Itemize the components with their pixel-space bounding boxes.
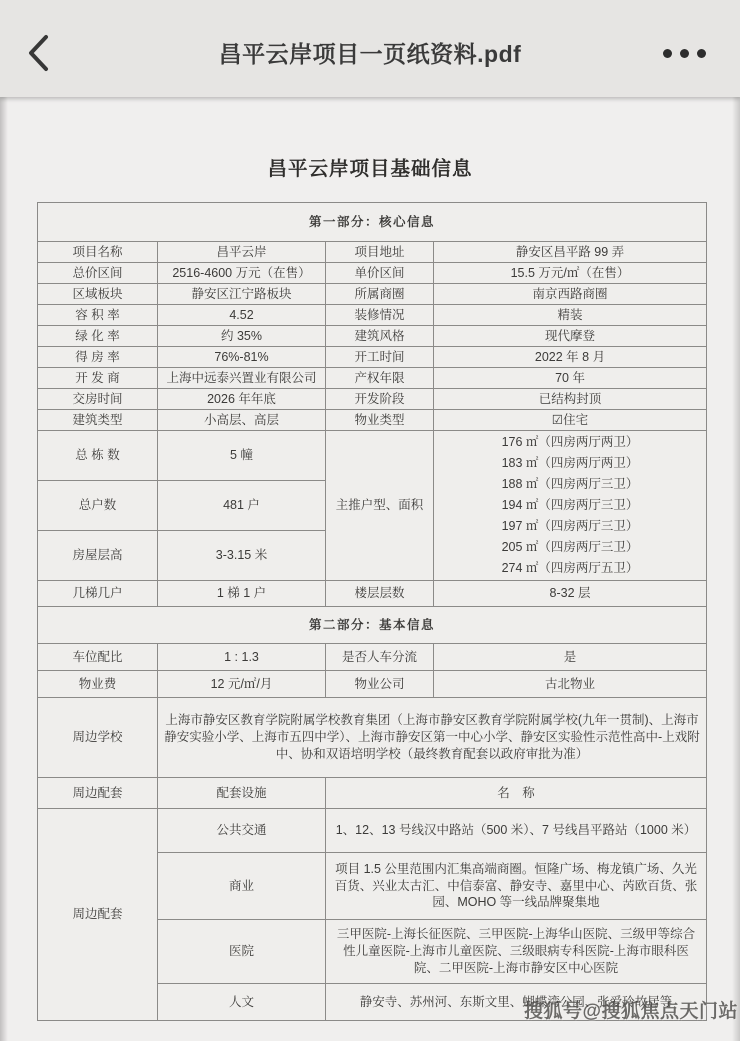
value-cell: 3-3.15 米 — [158, 531, 326, 581]
value-cell: 2026 年年底 — [158, 389, 326, 410]
label-cell: 几梯几户 — [38, 581, 158, 607]
label-cell: 开 发 商 — [38, 368, 158, 389]
label-cell: 周边配套 — [38, 778, 158, 809]
facility-type-cell: 医院 — [158, 920, 326, 984]
table-row: 绿 化 率 约 35% 建筑风格 现代摩登 — [38, 326, 707, 347]
page-edge-shadow — [732, 97, 740, 1041]
value-cell: 15.5 万元/㎡（在售） — [434, 263, 707, 284]
document-title: 昌平云岸项目基础信息 — [0, 97, 740, 181]
label-cell: 项目名称 — [38, 242, 158, 263]
label-cell: 总 栋 数 — [38, 431, 158, 481]
value-cell: 上海中远泰兴置业有限公司 — [158, 368, 326, 389]
table-row: 区域板块 静安区江宁路板块 所属商圈 南京西路商圈 — [38, 284, 707, 305]
value-cell: 静安区江宁路板块 — [158, 284, 326, 305]
value-cell: 南京西路商圈 — [434, 284, 707, 305]
value-cell: ☑住宅 — [434, 410, 707, 431]
label-cell: 总户数 — [38, 481, 158, 531]
value-cell: 5 幢 — [158, 431, 326, 481]
table-row: 交房时间 2026 年年底 开发阶段 已结构封顶 — [38, 389, 707, 410]
value-cell: 1 : 1.3 — [158, 644, 326, 671]
pdf-page[interactable]: 昌平云岸项目基础信息 第一部分：核心信息 项目名称 昌平云岸 项目地址 静安区昌… — [0, 97, 740, 1041]
facility-desc-cell: 三甲医院-上海长征医院、三甲医院-上海华山医院、三级甲等综合性儿童医院-上海市儿… — [326, 920, 707, 984]
unit-type-line: 194 ㎡（四房两厅三卫） — [440, 495, 700, 516]
table-row: 项目名称 昌平云岸 项目地址 静安区昌平路 99 弄 — [38, 242, 707, 263]
back-button[interactable] — [26, 34, 52, 72]
value-cell: 精装 — [434, 305, 707, 326]
label-cell: 周边配套 — [38, 809, 158, 1021]
label-cell: 总价区间 — [38, 263, 158, 284]
unit-type-line: 197 ㎡（四房两厅三卫） — [440, 516, 700, 537]
value-cell: 1 梯 1 户 — [158, 581, 326, 607]
unit-type-line: 274 ㎡（四房两厅五卫） — [440, 558, 700, 579]
ellipsis-icon — [663, 49, 672, 58]
section-title: 第二部分：基本信息 — [38, 607, 707, 644]
label-cell: 产权年限 — [326, 368, 434, 389]
label-cell: 得 房 率 — [38, 347, 158, 368]
section-title: 第一部分：核心信息 — [38, 203, 707, 242]
section-header-row: 第一部分：核心信息 — [38, 203, 707, 242]
label-cell: 配套设施 — [158, 778, 326, 809]
value-cell: 是 — [434, 644, 707, 671]
value-cell: 2022 年 8 月 — [434, 347, 707, 368]
label-cell: 容 积 率 — [38, 305, 158, 326]
unit-type-line: 188 ㎡（四房两厅三卫） — [440, 474, 700, 495]
table-row: 物业费 12 元/㎡/月 物业公司 古北物业 — [38, 671, 707, 698]
table-row: 得 房 率 76%-81% 开工时间 2022 年 8 月 — [38, 347, 707, 368]
unit-type-line: 205 ㎡（四房两厅三卫） — [440, 537, 700, 558]
label-cell: 项目地址 — [326, 242, 434, 263]
value-cell: 12 元/㎡/月 — [158, 671, 326, 698]
value-cell: 现代摩登 — [434, 326, 707, 347]
value-cell: 8-32 层 — [434, 581, 707, 607]
label-cell: 名 称 — [326, 778, 707, 809]
value-cell: 481 户 — [158, 481, 326, 531]
ellipsis-icon — [697, 49, 706, 58]
facility-type-cell: 人文 — [158, 984, 326, 1021]
project-info-table: 第一部分：核心信息 项目名称 昌平云岸 项目地址 静安区昌平路 99 弄 总价区… — [37, 202, 707, 1021]
label-cell: 装修情况 — [326, 305, 434, 326]
label-cell: 单价区间 — [326, 263, 434, 284]
table-row: 总 栋 数 5 幢 主推户型、面积 176 ㎡（四房两厅两卫） 183 ㎡（四房… — [38, 431, 707, 481]
table-row: 周边配套 配套设施 名 称 — [38, 778, 707, 809]
label-cell: 建筑风格 — [326, 326, 434, 347]
label-cell: 房屋层高 — [38, 531, 158, 581]
value-cell: 小高层、高层 — [158, 410, 326, 431]
app-bar: 昌平云岸项目一页纸资料.pdf — [0, 0, 740, 97]
table-row: 总价区间 2516-4600 万元（在售） 单价区间 15.5 万元/㎡（在售） — [38, 263, 707, 284]
label-cell: 物业费 — [38, 671, 158, 698]
label-cell: 绿 化 率 — [38, 326, 158, 347]
file-title: 昌平云岸项目一页纸资料.pdf — [0, 0, 740, 69]
facility-type-cell: 公共交通 — [158, 809, 326, 853]
label-cell: 区域板块 — [38, 284, 158, 305]
chevron-left-icon — [27, 60, 51, 75]
value-cell: 昌平云岸 — [158, 242, 326, 263]
watermark: 搜狐号@搜狐焦点天门站 — [524, 996, 738, 1023]
unit-type-line: 176 ㎡（四房两厅两卫） — [440, 432, 700, 453]
value-cell: 70 年 — [434, 368, 707, 389]
unit-types-cell: 176 ㎡（四房两厅两卫） 183 ㎡（四房两厅两卫） 188 ㎡（四房两厅三卫… — [434, 431, 707, 581]
value-cell: 约 35% — [158, 326, 326, 347]
label-cell: 周边学校 — [38, 698, 158, 778]
value-cell: 2516-4600 万元（在售） — [158, 263, 326, 284]
label-cell: 开工时间 — [326, 347, 434, 368]
table-row: 车位配比 1 : 1.3 是否人车分流 是 — [38, 644, 707, 671]
label-cell: 物业类型 — [326, 410, 434, 431]
table-row: 几梯几户 1 梯 1 户 楼层层数 8-32 层 — [38, 581, 707, 607]
facility-type-cell: 商业 — [158, 853, 326, 920]
label-cell: 交房时间 — [38, 389, 158, 410]
page-edge-shadow — [0, 97, 8, 1041]
label-cell: 车位配比 — [38, 644, 158, 671]
label-cell: 主推户型、面积 — [326, 431, 434, 581]
value-cell: 古北物业 — [434, 671, 707, 698]
label-cell: 物业公司 — [326, 671, 434, 698]
label-cell: 开发阶段 — [326, 389, 434, 410]
table-row: 周边学校 上海市静安区教育学院附属学校教育集团（上海市静安区教育学院附属学校(九… — [38, 698, 707, 778]
label-cell: 建筑类型 — [38, 410, 158, 431]
value-cell: 76%-81% — [158, 347, 326, 368]
unit-type-line: 183 ㎡（四房两厅两卫） — [440, 453, 700, 474]
section-header-row: 第二部分：基本信息 — [38, 607, 707, 644]
facility-desc-cell: 1、12、13 号线汉中路站（500 米）、7 号线昌平路站（1000 米） — [326, 809, 707, 853]
table-row: 周边配套 公共交通 1、12、13 号线汉中路站（500 米）、7 号线昌平路站… — [38, 809, 707, 853]
facility-desc-cell: 项目 1.5 公里范围内汇集高端商圈。恒隆广场、梅龙镇广场、久光百货、兴业太古汇… — [326, 853, 707, 920]
value-cell: 4.52 — [158, 305, 326, 326]
table-row: 开 发 商 上海中远泰兴置业有限公司 产权年限 70 年 — [38, 368, 707, 389]
table-row: 建筑类型 小高层、高层 物业类型 ☑住宅 — [38, 410, 707, 431]
label-cell: 是否人车分流 — [326, 644, 434, 671]
label-cell: 楼层层数 — [326, 581, 434, 607]
value-cell: 静安区昌平路 99 弄 — [434, 242, 707, 263]
value-cell: 已结构封顶 — [434, 389, 707, 410]
table-row: 容 积 率 4.52 装修情况 精装 — [38, 305, 707, 326]
schools-cell: 上海市静安区教育学院附属学校教育集团（上海市静安区教育学院附属学校(九年一贯制)… — [158, 698, 707, 778]
label-cell: 所属商圈 — [326, 284, 434, 305]
more-button[interactable] — [663, 46, 706, 60]
ellipsis-icon — [680, 49, 689, 58]
